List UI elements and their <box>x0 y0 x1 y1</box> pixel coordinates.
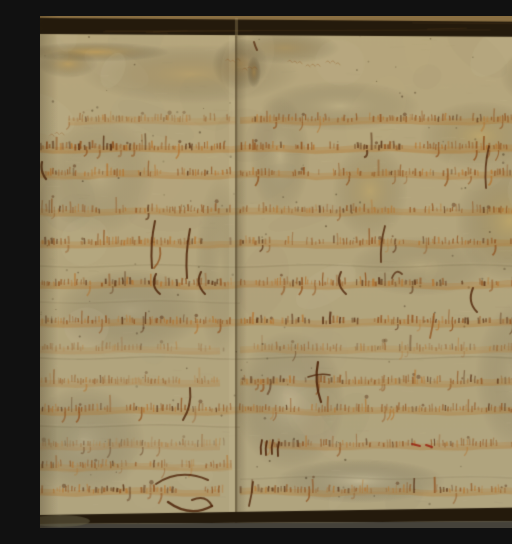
parchment-canvas <box>40 16 512 528</box>
manuscript-photograph <box>40 16 512 528</box>
